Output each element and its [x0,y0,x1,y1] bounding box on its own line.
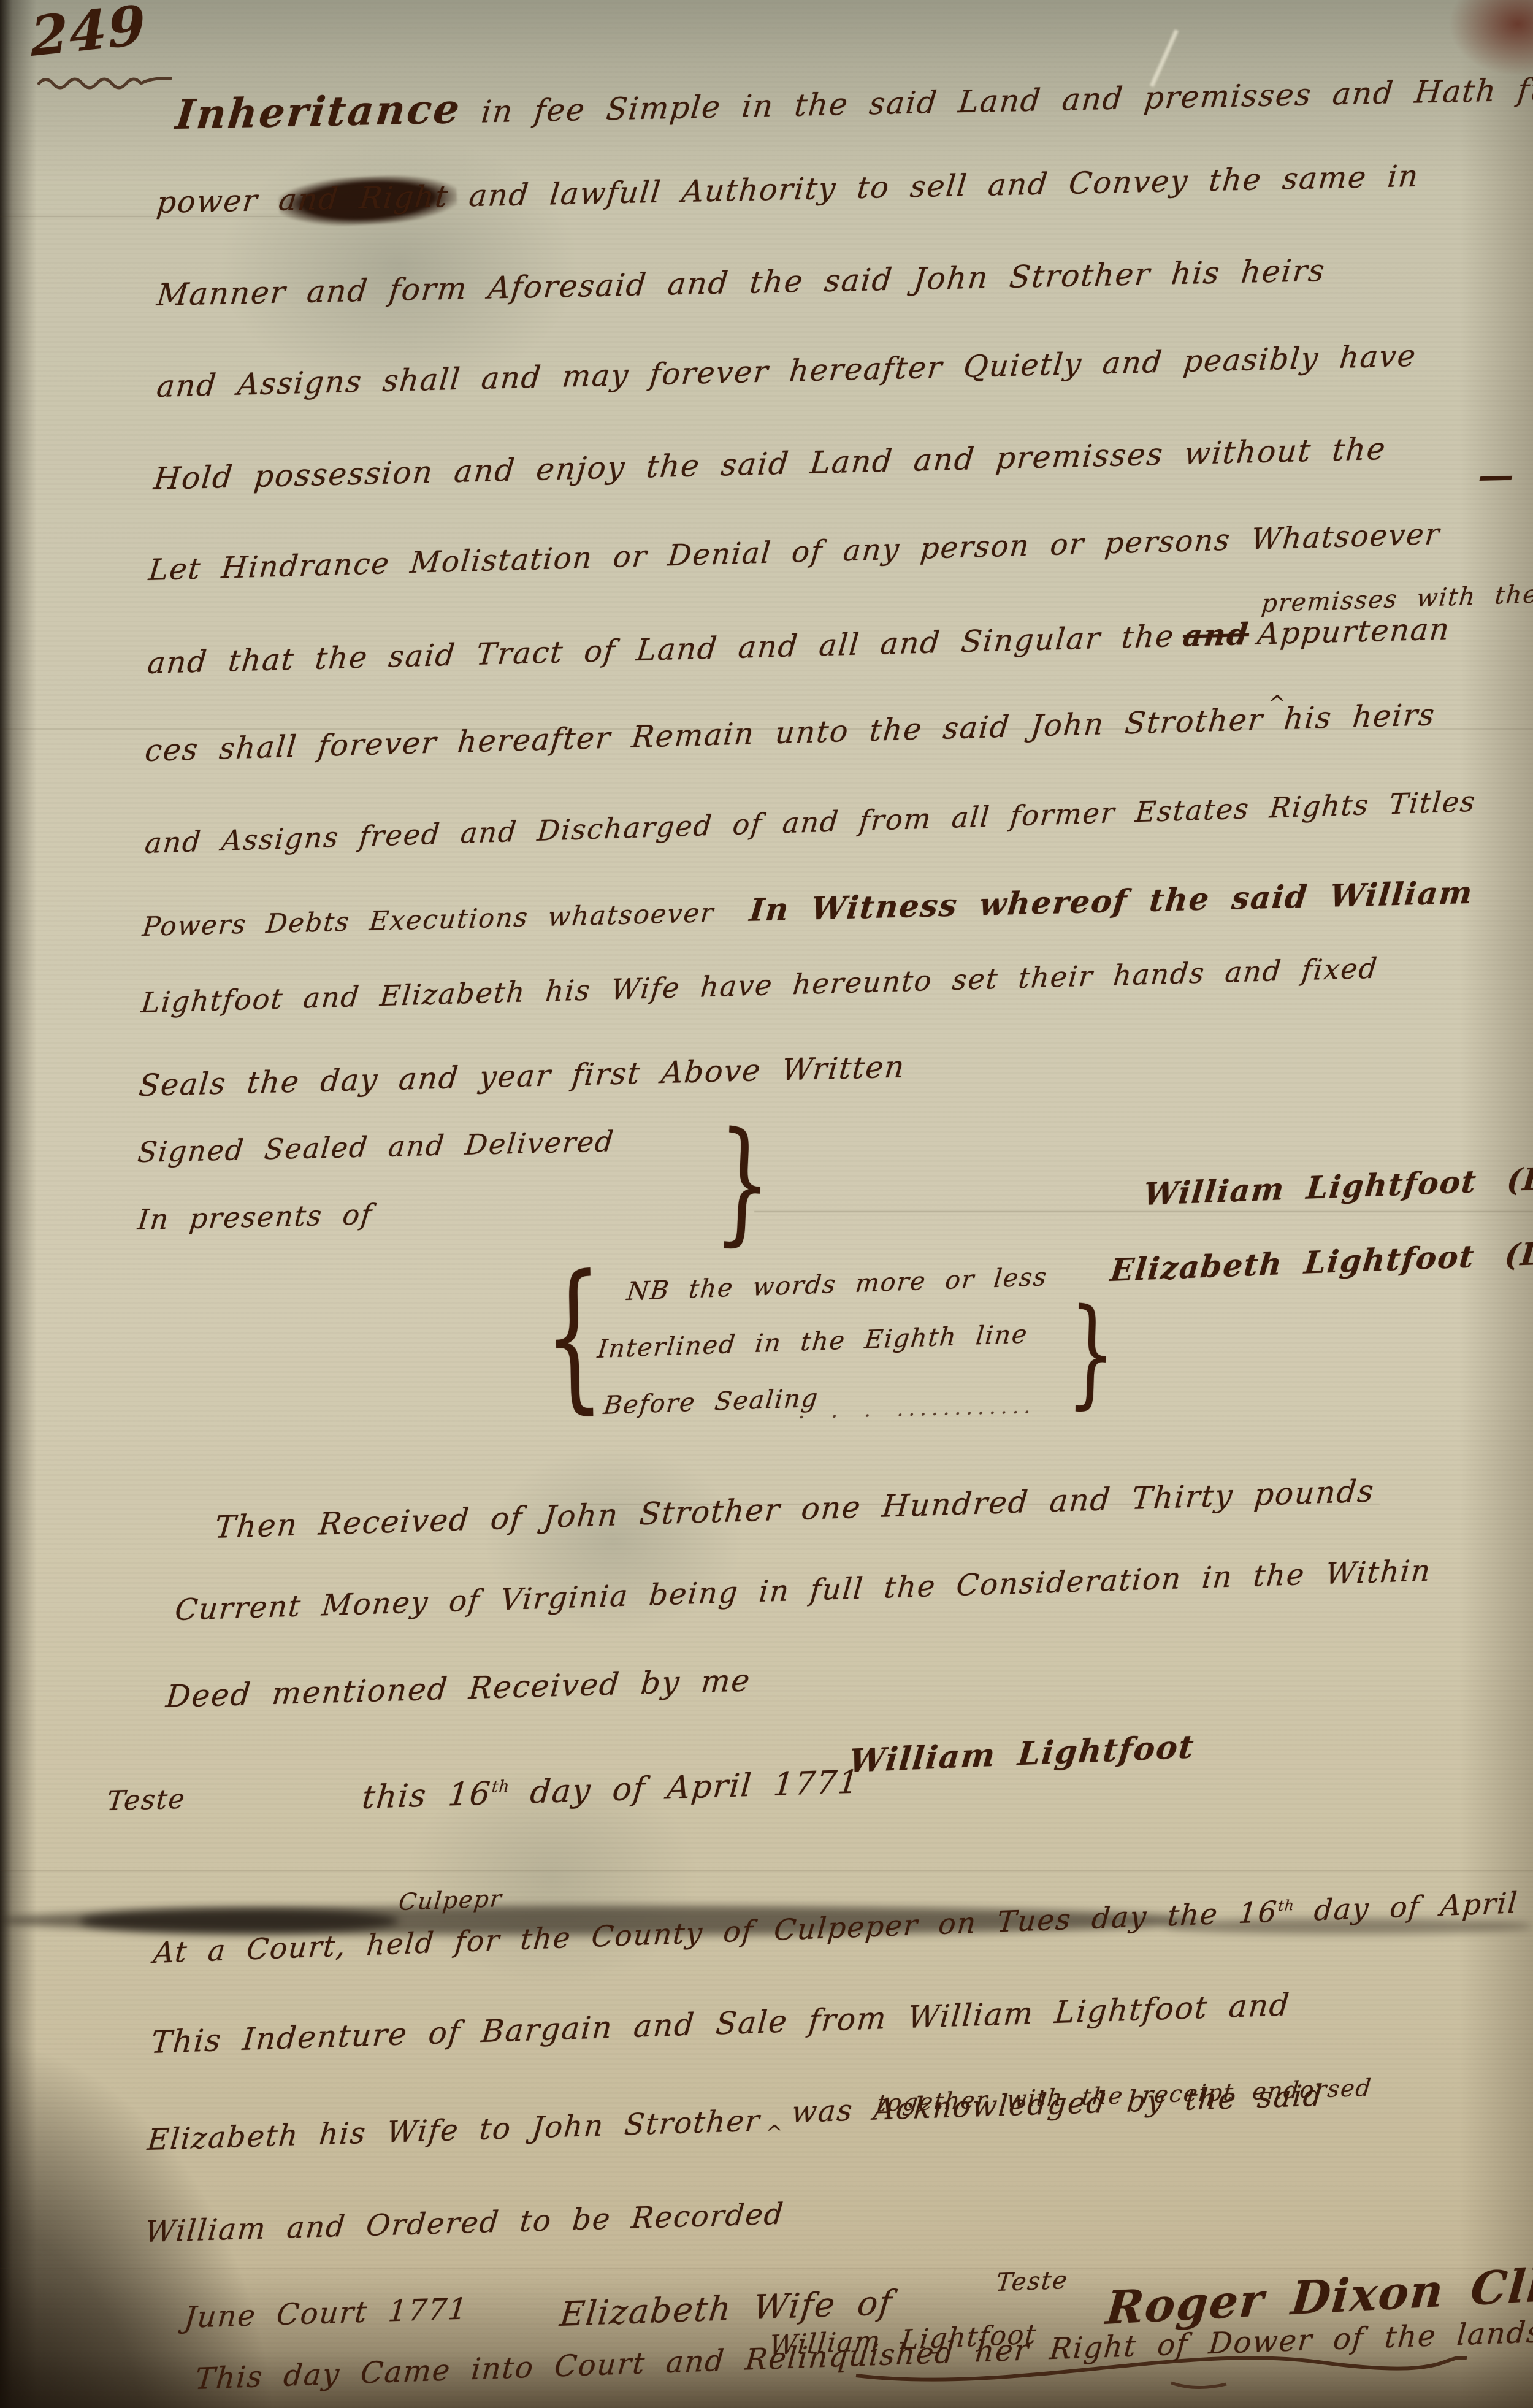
signature-text: Elizabeth Lightfoot [1109,1238,1477,1288]
manuscript-page: 249 Inheritance in fee Simple in the sai… [0,0,1533,2408]
seal-mark: (L.S [1505,1159,1533,1198]
deed-line-5: Hold possession and enjoy the said Land … [152,431,1388,497]
nb-note-line-3: Before Sealing [602,1383,820,1420]
receipt-teste: Teste [105,1783,187,1817]
deed-line-6: Let Hindrance Molistation or Denial of a… [147,517,1442,587]
note-brace-right: } [1066,1283,1117,1423]
deed-line-11: Lightfoot and Elizabeth his Wife have he… [140,952,1380,1019]
deed-line-10-a: Powers Debts Executions whatsoever [141,898,716,942]
june-elizabeth: Elizabeth Wife of [558,2283,895,2334]
fold-line [0,1870,1533,1871]
margin-dash-mark: — [1477,454,1517,497]
receipt-date-superscript: th [491,1778,511,1797]
flourish-mark [36,72,177,91]
court-interline-county: Culpepr [397,1885,504,1916]
deed-line-4: and Assigns shall and may forever hereaf… [155,338,1418,404]
nb-note-line-2: Interlined in the Eighth line [596,1319,1030,1364]
deed-line-1-rest: in fee Simple in the said Land and premi… [459,71,1533,130]
court-line-3: Elizabeth his Wife to John Strother^was … [146,2086,1324,2157]
deed-line-12: Seals the day and year first Above Writt… [137,1049,907,1103]
seal-mark: (L.S) [1503,1233,1533,1273]
june-court-term: June Court 1771 [183,2291,470,2335]
court-line-3-pre: Elizabeth his Wife to John Strother [146,2103,762,2157]
deed-line-1: Inheritance in fee Simple in the said La… [174,61,1533,139]
signed-sealed-clause: Signed Sealed and Delivered [136,1125,616,1169]
receipt-line-2: Current Money of Virginia being in full … [174,1553,1433,1627]
signature-william-lightfoot: William Lightfoot (L.S [1142,1159,1533,1212]
clerk-teste: Teste [995,2266,1069,2297]
page-number: 249 [29,0,147,69]
struck-word: and [1182,616,1251,654]
caret-mark: ^ [764,2120,785,2145]
receipt-line-1: Then Received of John Strother one Hundr… [213,1473,1376,1545]
receipt-signature: William Lightfoot [847,1728,1196,1780]
in-presence-of: In presents of [136,1198,374,1236]
deed-line-9: and Assigns freed and Discharged of and … [143,785,1477,860]
court-date-superscript: th [1277,1897,1295,1914]
receipt-date-post: day of April 1771 [507,1764,861,1811]
nb-note-line-1: NB the words more or less [625,1262,1049,1306]
court-line-2: This Indenture of Bargain and Sale from … [150,1987,1292,2060]
deed-line-1-lead: Inheritance [174,85,464,139]
deed-line-2: power and Right and lawfull Authority to… [155,159,1421,220]
nb-note-dots: · · · ············ [797,1400,1036,1430]
note-brace-left: { [543,1241,605,1431]
deed-line-7-a: and that the said Tract of Land and all … [146,619,1176,681]
receipt-line-3: Deed mentioned Received by me [164,1662,752,1714]
deed-line-8: ces shall forever hereafter Remain unto … [143,697,1437,768]
receipt-date: this 16th day of April 1771 [361,1764,861,1816]
signature-text: William Lightfoot [1142,1163,1478,1212]
deed-line-3: Manner and form Aforesaid and the said J… [155,253,1327,313]
attestation-brace: } [713,1103,774,1264]
court-line-4: William and Ordered to be Recorded [143,2197,786,2249]
deed-line-10: Powers Debts Executions whatsoever In Wi… [141,874,1475,943]
fold-line [0,2268,1533,2269]
deed-line-7-b: Appurtenan [1256,611,1452,651]
signature-elizabeth-lightfoot: Elizabeth Lightfoot (L.S) [1109,1233,1533,1288]
deed-line-7: and that the said Tract of Land and all … [146,611,1452,681]
receipt-date-pre: this 16 [361,1775,493,1816]
deed-line-10-b: In Witness whereof the said William [748,874,1475,928]
